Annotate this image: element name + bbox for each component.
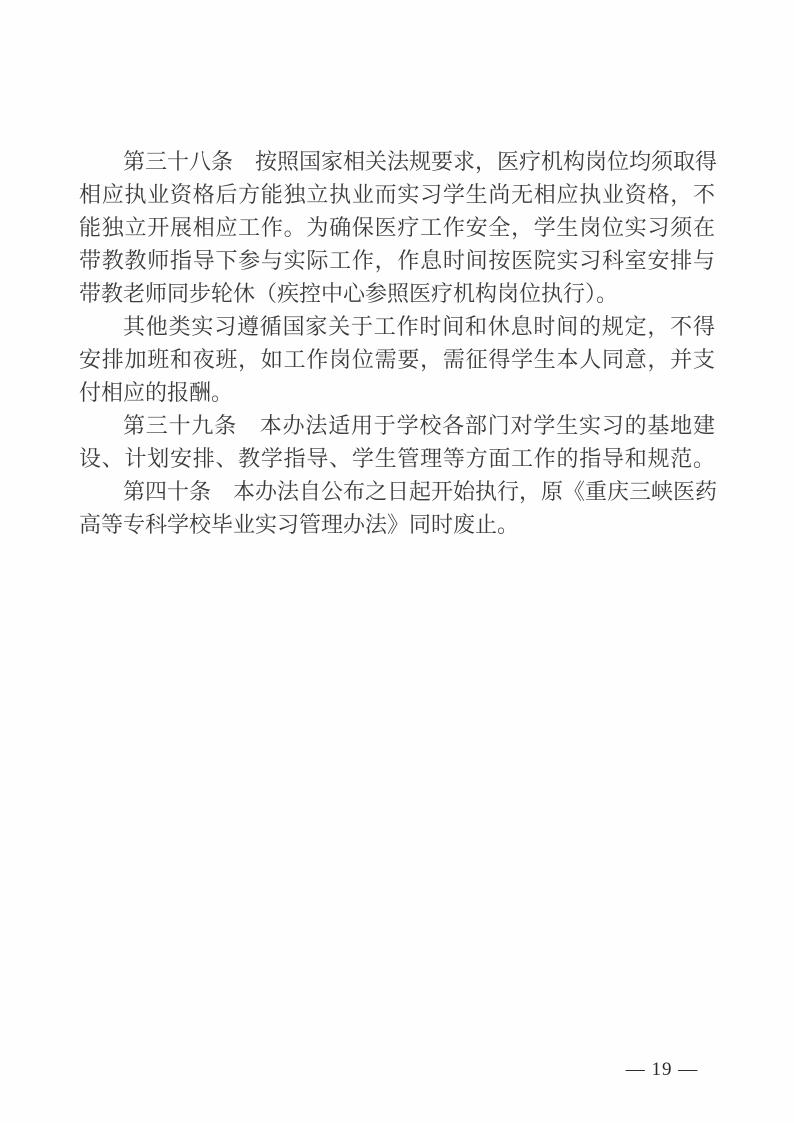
document-line: 安排加班和夜班，如工作岗位需要，需征得学生本人同意，并支 (79, 343, 715, 376)
paragraph-article-39: 第三十九条 本办法适用于学校各部门对学生实习的基地建 设、计划安排、教学指导、学… (79, 409, 715, 475)
document-line: 高等专科学校毕业实习管理办法》同时废止。 (79, 508, 715, 541)
page-number: — 19 — (602, 1057, 722, 1083)
document-line: 第三十九条 本办法适用于学校各部门对学生实习的基地建 (79, 409, 715, 442)
document-line: 其他类实习遵循国家关于工作时间和休息时间的规定，不得 (79, 310, 715, 343)
document-line: 能独立开展相应工作。为确保医疗工作安全，学生岗位实习须在 (79, 211, 715, 244)
document-body: 第三十八条 按照国家相关法规要求，医疗机构岗位均须取得 相应执业资格后方能独立执… (79, 145, 715, 541)
document-line: 第三十八条 按照国家相关法规要求，医疗机构岗位均须取得 (79, 145, 715, 178)
paragraph-article-40: 第四十条 本办法自公布之日起开始执行，原《重庆三峡医药 高等专科学校毕业实习管理… (79, 475, 715, 541)
document-line: 相应执业资格后方能独立执业而实习学生尚无相应执业资格，不 (79, 178, 715, 211)
document-line: 第四十条 本办法自公布之日起开始执行，原《重庆三峡医药 (79, 475, 715, 508)
document-line: 设、计划安排、教学指导、学生管理等方面工作的指导和规范。 (79, 442, 715, 475)
paragraph-article-38: 第三十八条 按照国家相关法规要求，医疗机构岗位均须取得 相应执业资格后方能独立执… (79, 145, 715, 310)
document-page: 第三十八条 按照国家相关法规要求，医疗机构岗位均须取得 相应执业资格后方能独立执… (0, 0, 794, 1123)
document-line: 带教老师同步轮休（疾控中心参照医疗机构岗位执行）。 (79, 277, 715, 310)
document-line: 付相应的报酬。 (79, 376, 715, 409)
document-line: 带教教师指导下参与实际工作，作息时间按医院实习科室安排与 (79, 244, 715, 277)
paragraph-other-internships: 其他类实习遵循国家关于工作时间和休息时间的规定，不得 安排加班和夜班，如工作岗位… (79, 310, 715, 409)
